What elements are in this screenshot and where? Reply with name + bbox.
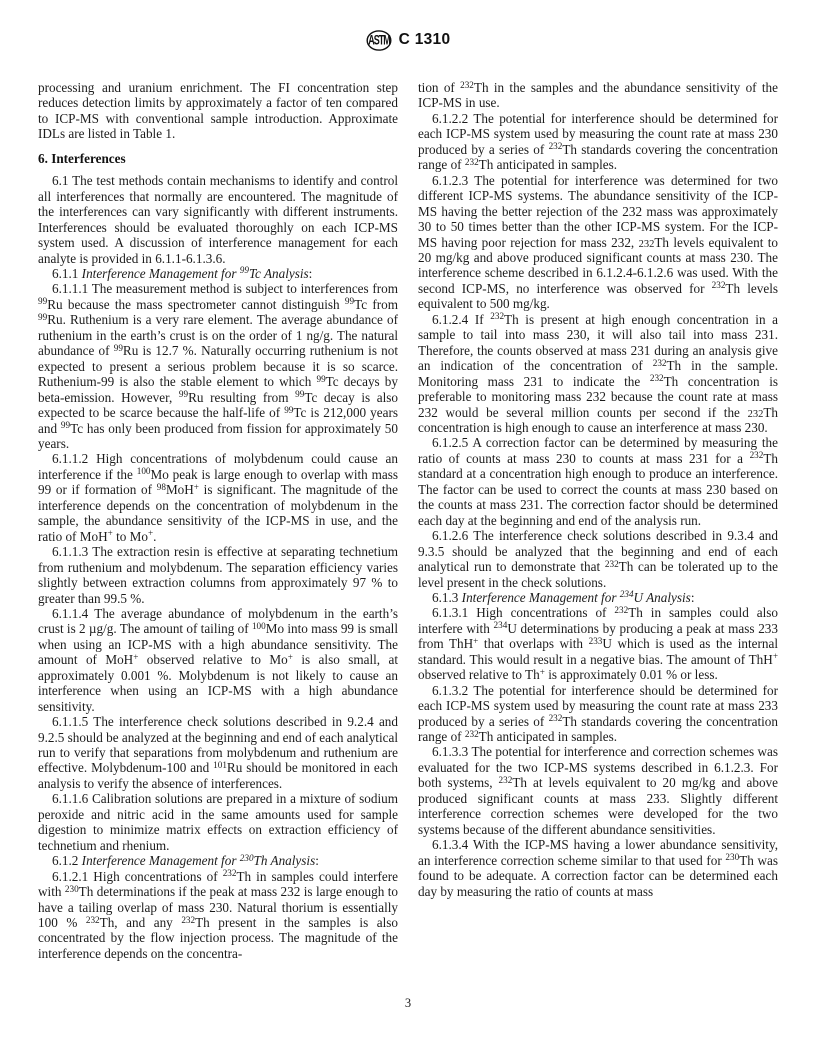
paragraph: 6.1.2.3 The potential for interference w… xyxy=(418,173,778,312)
paragraph: 6.1 The test methods contain mechanisms … xyxy=(38,173,398,266)
paragraph: 6.1.2.4 If 232Th is present at high enou… xyxy=(418,312,778,436)
paragraph: 6.1.2.5 A correction factor can be deter… xyxy=(418,435,778,528)
document-code: C 1310 xyxy=(399,31,451,49)
svg-text:ASTM: ASTM xyxy=(368,32,390,47)
paragraph: 6.1.2 Interference Management for 230Th … xyxy=(38,853,398,868)
document-header: ASTM C 1310 xyxy=(0,28,816,52)
paragraph: 6.1.1.6 Calibration solutions are prepar… xyxy=(38,791,398,853)
paragraph: 6.1.1.4 The average abundance of molybde… xyxy=(38,606,398,714)
section-heading: 6. Interferences xyxy=(38,151,398,166)
paragraph: tion of 232Th in the samples and the abu… xyxy=(418,80,778,111)
paragraph: 6.1.1.1 The measurement method is subjec… xyxy=(38,281,398,451)
paragraph: 6.1.1 Interference Management for 99Tc A… xyxy=(38,266,398,281)
right-column: tion of 232Th in the samples and the abu… xyxy=(418,80,778,961)
paragraph: 6.1.3.1 High concentrations of 232Th in … xyxy=(418,605,778,682)
left-column: processing and uranium enrichment. The F… xyxy=(38,80,398,961)
paragraph: 6.1.3.3 The potential for interference a… xyxy=(418,744,778,837)
paragraph: 6.1.2.2 The potential for interference s… xyxy=(418,111,778,173)
paragraph: 6.1.3 Interference Management for 234U A… xyxy=(418,590,778,605)
astm-logo-icon: ASTM xyxy=(366,30,392,51)
paragraph: 6.1.2.6 The interference check solutions… xyxy=(418,528,778,590)
paragraph: 6.1.3.4 With the ICP-MS having a lower a… xyxy=(418,837,778,899)
document-page: ASTM C 1310 processing and uranium enric… xyxy=(0,0,816,1056)
paragraph: processing and uranium enrichment. The F… xyxy=(38,80,398,142)
page-number: 3 xyxy=(405,996,411,1010)
paragraph: 6.1.2.1 High concentrations of 232Th in … xyxy=(38,869,398,962)
paragraph: 6.1.1.3 The extraction resin is effectiv… xyxy=(38,544,398,606)
paragraph: 6.1.1.5 The interference check solutions… xyxy=(38,714,398,791)
page-footer: 3 xyxy=(0,996,816,1011)
paragraph: 6.1.1.2 High concentrations of molybdenu… xyxy=(38,451,398,544)
paragraph: 6.1.3.2 The potential for interference s… xyxy=(418,683,778,745)
text-columns: processing and uranium enrichment. The F… xyxy=(38,80,778,961)
